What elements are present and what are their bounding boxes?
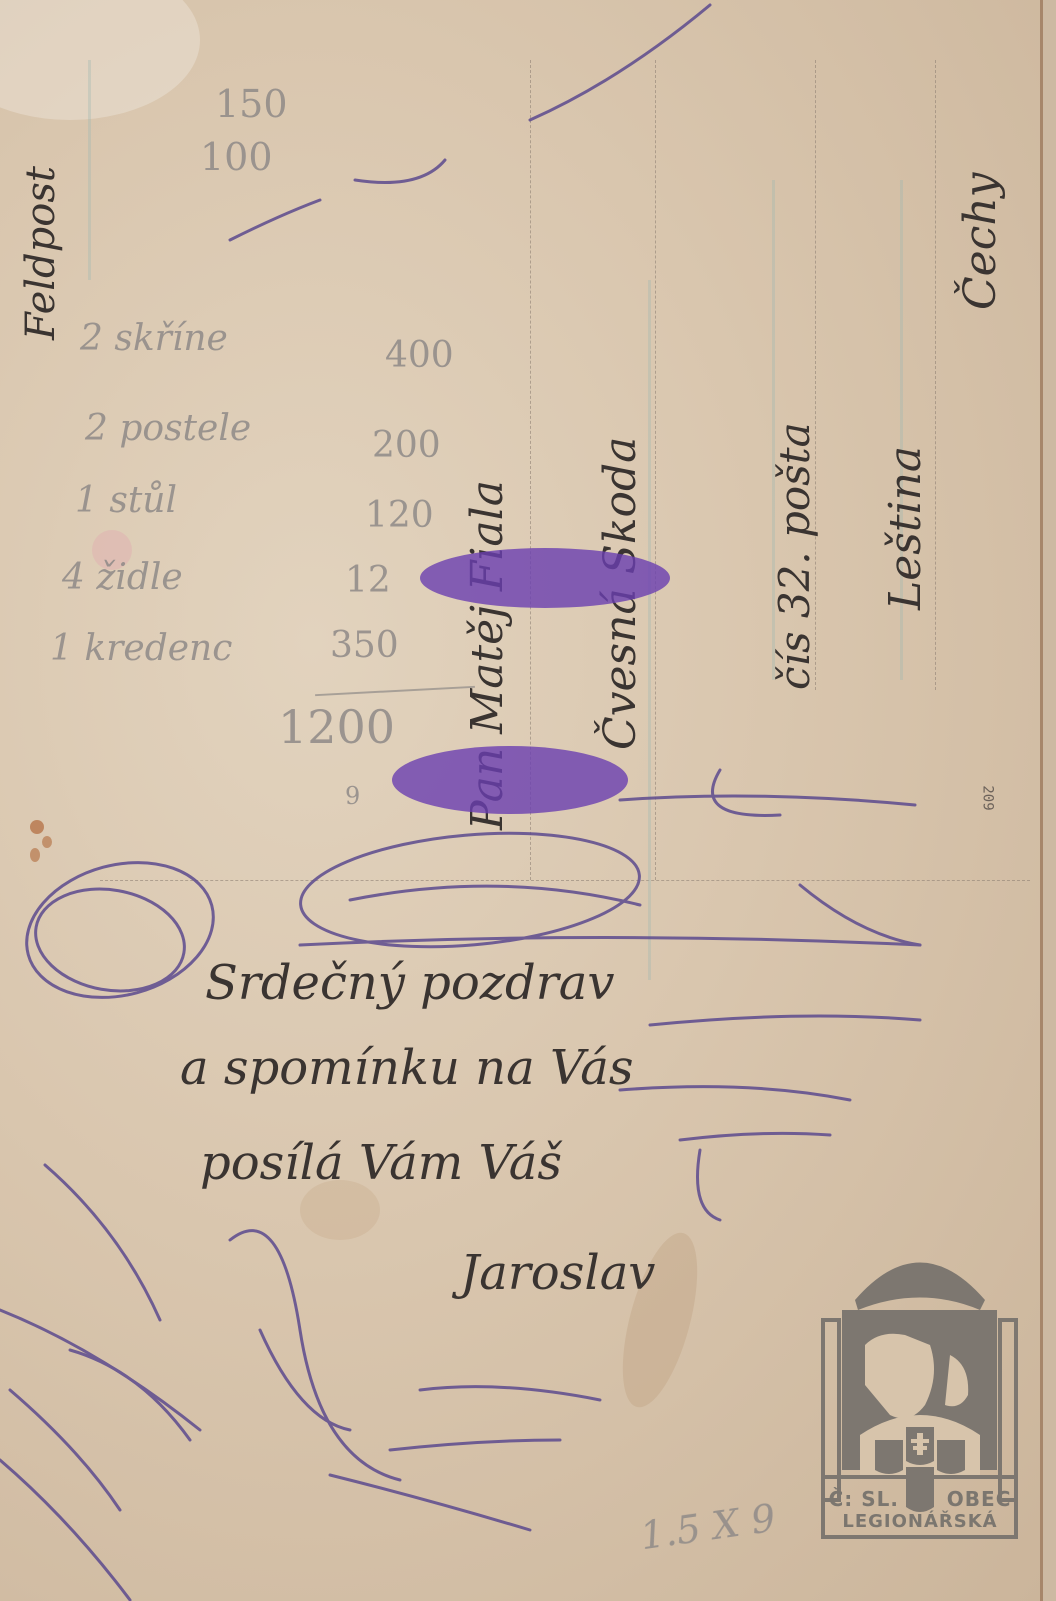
- logo-line-1: Č: SL. OBEC: [820, 1487, 1020, 1511]
- logo-line-2: LEGIONÁŘSKÁ: [820, 1511, 1020, 1532]
- postcard-back: Feldpost 150 100 2 skříne 400 2 postele …: [0, 0, 1043, 1601]
- logo-text-left: Č: SL.: [829, 1487, 899, 1511]
- message-line-2: a spomínku na Vás: [180, 1040, 633, 1096]
- message-line-3: posílá Vám Váš: [200, 1135, 562, 1191]
- legion-logo: Č: SL. OBEC LEGIONÁŘSKÁ: [820, 1235, 1020, 1540]
- signature: Jaroslav: [460, 1245, 655, 1301]
- logo-text-right: OBEC: [947, 1487, 1012, 1511]
- message-line-1: Srdečný pozdrav: [205, 955, 614, 1011]
